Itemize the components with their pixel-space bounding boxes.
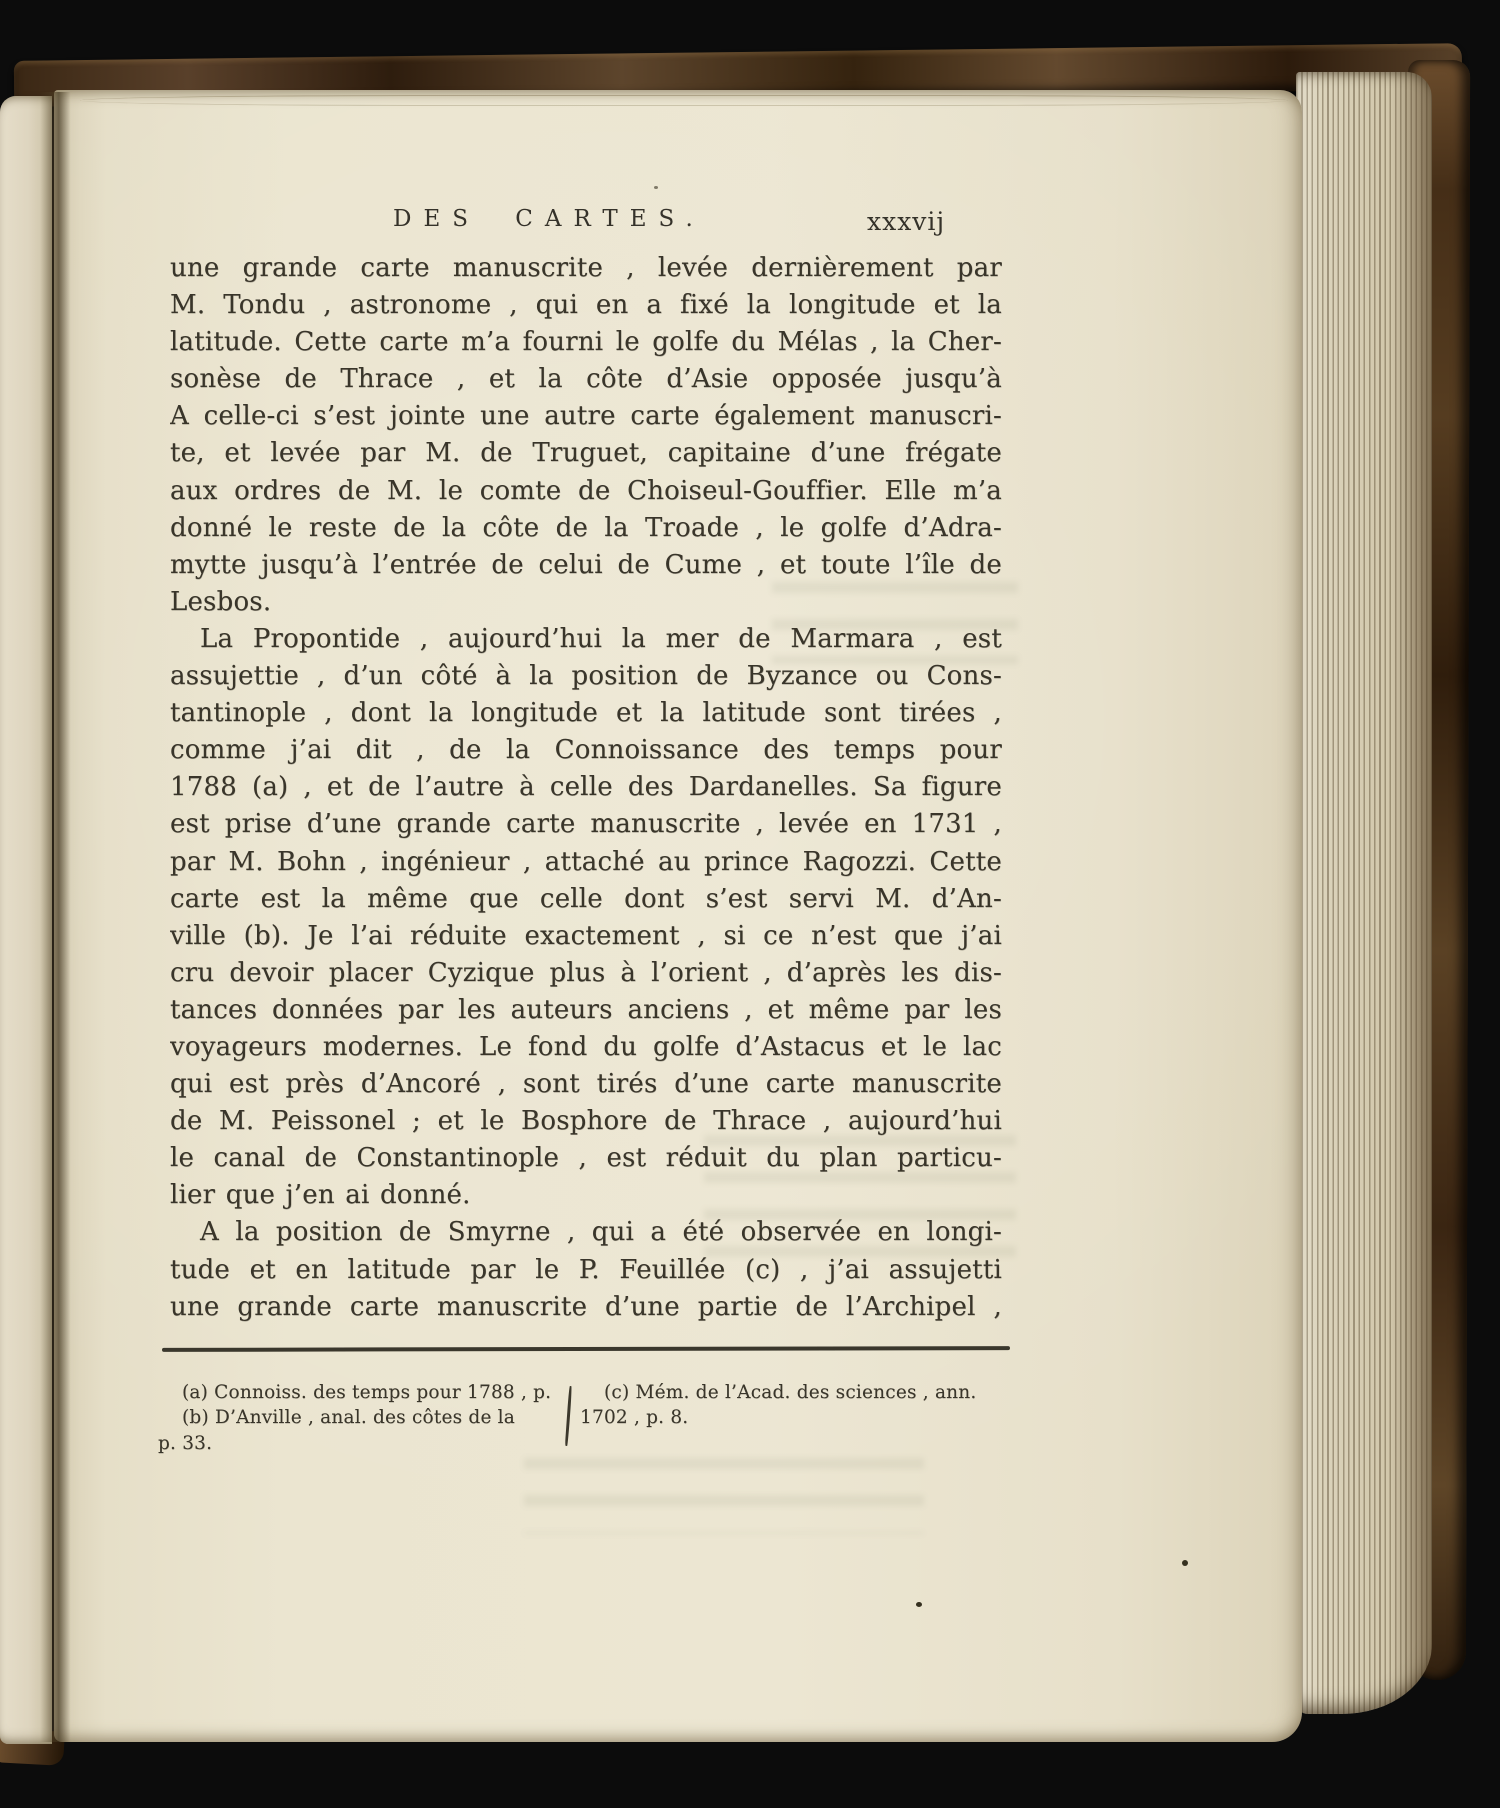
dust-speck (654, 186, 658, 189)
book-scan-photo: DES CARTES. xxxvij une grande carte manu… (0, 0, 1500, 1808)
body-line: est prise d’une grande carte manuscrite … (170, 806, 1002, 843)
footnote-line: (c) Mém. de l’Acad. des sciences , ann. (580, 1380, 1020, 1405)
body-line: tances données par les auteurs anciens ,… (170, 992, 1002, 1029)
footnote-right-column: (c) Mém. de l’Acad. des sciences , ann. … (580, 1380, 1020, 1431)
folio-page-number: xxxvij (867, 207, 945, 236)
body-line: aux ordres de M. le comte de Choiseul-Go… (170, 473, 1002, 510)
body-line: mytte jusqu’à l’entrée de celui de Cume … (170, 547, 1002, 584)
body-text: une grande carte manuscrite , levée dern… (170, 250, 1002, 1326)
body-line: qui est près d’Ancoré , sont tirés d’une… (170, 1066, 1002, 1103)
body-line: voyageurs modernes. Le fond du golfe d’A… (170, 1029, 1002, 1066)
body-line: par M. Bohn , ingénieur , attaché au pri… (170, 844, 1002, 881)
main-page: DES CARTES. xxxvij une grande carte manu… (54, 90, 1302, 1742)
body-line: de M. Peissonel ; et le Bosphore de Thra… (170, 1103, 1002, 1140)
body-line: M. Tondu , astronome , qui en a fixé la … (170, 287, 1002, 324)
body-line: carte est la même que celle dont s’est s… (170, 881, 1002, 918)
body-line: comme j’ai dit , de la Connoissance des … (170, 732, 1002, 769)
running-head: DES CARTES. (393, 206, 693, 232)
dust-speck (916, 1602, 922, 1607)
body-line: A la position de Smyrne , qui a été obse… (170, 1214, 1002, 1251)
body-line: 1788 (a) , et de l’autre à celle des Dar… (170, 769, 1002, 806)
body-line: sonèse de Thrace , et la côte d’Asie opp… (170, 361, 1002, 398)
body-line: tantinople , dont la longitude et la lat… (170, 695, 1002, 732)
body-line: une grande carte manuscrite , levée dern… (170, 250, 1002, 287)
body-line: assujettie , d’un côté à la position de … (170, 658, 1002, 695)
body-line: lier que j’en ai donné. (170, 1177, 1002, 1214)
body-line: une grande carte manuscrite d’une partie… (170, 1289, 1002, 1326)
body-line: le canal de Constantinople , est réduit … (170, 1140, 1002, 1177)
body-line: te, et levée par M. de Truguet, capitain… (170, 435, 1002, 472)
body-line: tude et en latitude par le P. Feuillée (… (170, 1252, 1002, 1289)
footnote-line: 1702 , p. 8. (580, 1405, 1020, 1430)
page-stack-fore-edge (1296, 72, 1432, 1714)
body-line: La Propontide , aujourd’hui la mer de Ma… (170, 621, 1002, 658)
body-line: cru devoir placer Cyzique plus à l’orien… (170, 955, 1002, 992)
footnote-rule (162, 1346, 1010, 1352)
dust-speck (1182, 1560, 1188, 1566)
body-line: ville (b). Je l’ai réduite exactement , … (170, 918, 1002, 955)
footnote-left-column: (a) Connoiss. des temps pour 1788 , p. 2… (158, 1380, 570, 1456)
body-line: donné le reste de la côte de la Troade ,… (170, 510, 1002, 547)
gutter-shadow (40, 92, 74, 1742)
footnote-line: p. 33. (158, 1431, 570, 1456)
body-line: Lesbos. (170, 584, 1002, 621)
footnote-line: (a) Connoiss. des temps pour 1788 , p. 2… (158, 1380, 570, 1405)
footnote-line: (b) D’Anville , anal. des côtes de la Gr… (158, 1405, 570, 1430)
body-line: A celle-ci s’est jointe une autre carte … (170, 398, 1002, 435)
body-line: latitude. Cette carte m’a fourni le golf… (170, 324, 1002, 361)
show-through-smudge (524, 1458, 924, 1534)
